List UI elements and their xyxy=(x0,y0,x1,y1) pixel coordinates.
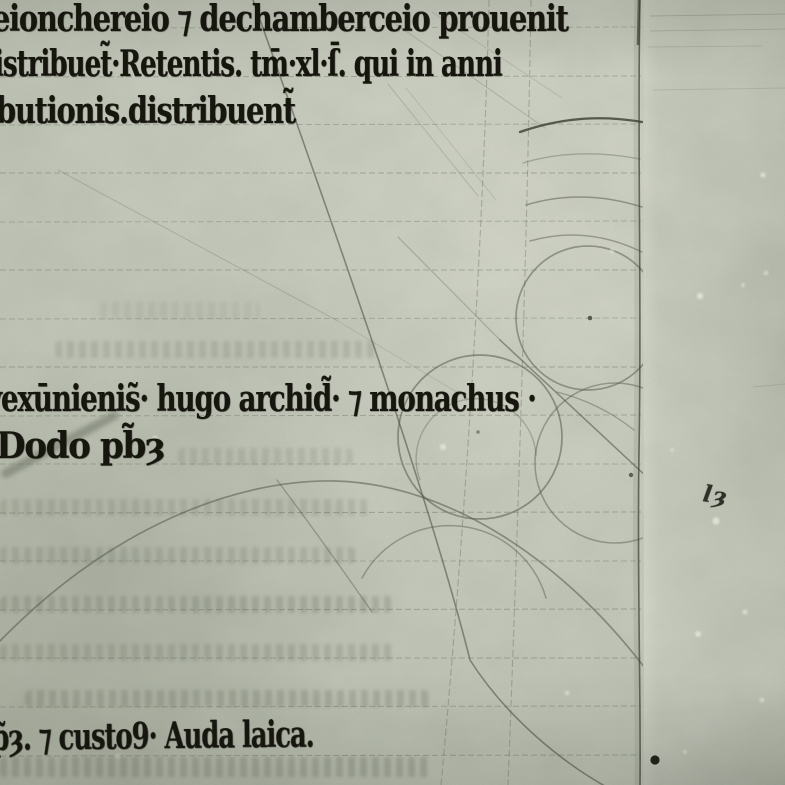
text-line-4: yexūnienis̃· hugo archid̃· ⁊ monachus · xyxy=(0,381,536,417)
bleedthrough-text-region xyxy=(25,690,431,707)
text-line-6: p̃ȝ. ⁊ custo9· Auda laica. xyxy=(0,717,314,756)
bleedthrough-text-region xyxy=(55,341,377,358)
text-line-3: butionis.distribuent̃ xyxy=(0,93,295,129)
margin-quire-mark: lȝ xyxy=(701,480,730,511)
bleedthrough-text-region xyxy=(0,547,356,564)
gutter-margin-shading xyxy=(644,0,785,785)
text-line-2: istribuet̃·Retentis. tm̄·xl·ſ̄. qui in a… xyxy=(0,46,502,82)
bleedthrough-text-region xyxy=(0,596,392,613)
text-line-5: Dodo pb̃ȝ xyxy=(0,428,164,464)
text-line-1: eionchereio ⁊ dechamberceio prouenit xyxy=(0,1,568,37)
bleedthrough-text-region xyxy=(0,644,396,661)
bleedthrough-text-region xyxy=(0,757,432,777)
bleedthrough-text-region xyxy=(0,499,372,516)
bleedthrough-text-region xyxy=(100,302,260,319)
bleedthrough-text-region xyxy=(178,448,353,465)
manuscript-photo: eionchereio ⁊ dechamberceio prouenit ist… xyxy=(0,0,785,785)
